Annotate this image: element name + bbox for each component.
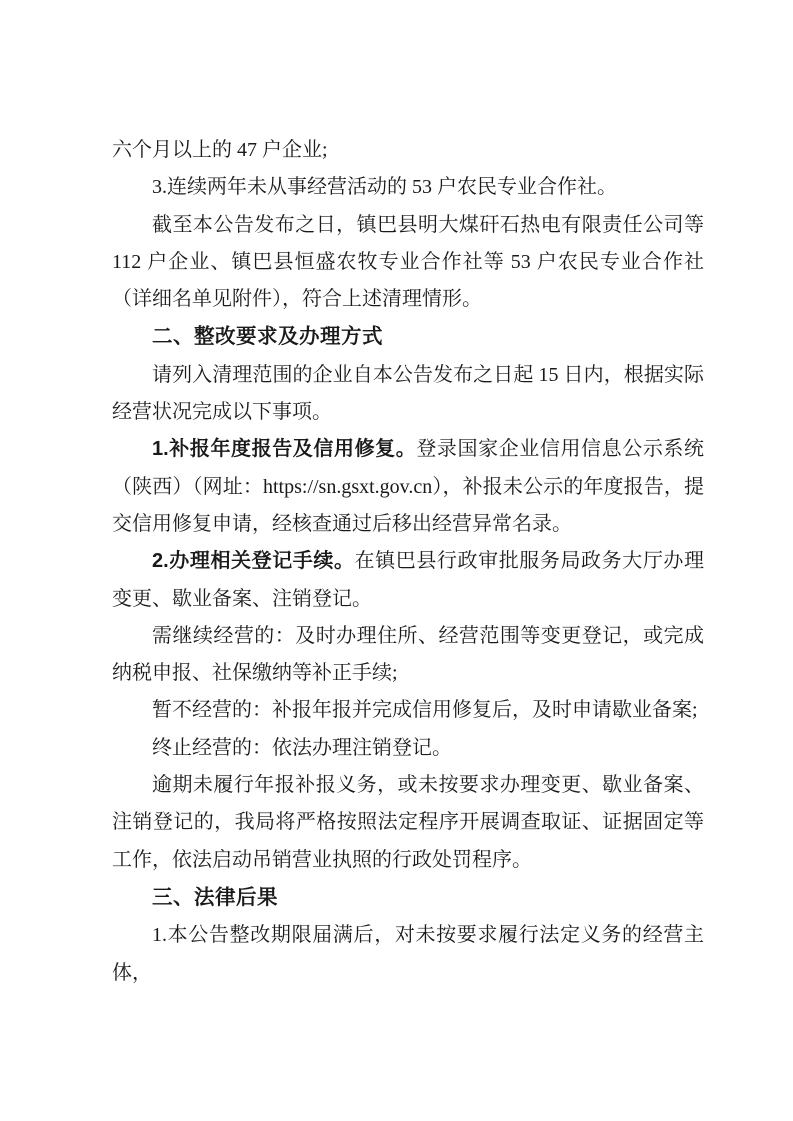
emphasis-text-run: 1.补报年度报告及信用修复。 bbox=[152, 438, 416, 460]
text-run: 1.本公告整改期限届满后，对未按要求履行法定义务的经营主体， bbox=[112, 924, 704, 983]
paragraph: 1.本公告整改期限届满后，对未按要求履行法定义务的经营主体， bbox=[112, 917, 704, 992]
emphasis-text-run: 2.办理相关登记手续。 bbox=[152, 550, 355, 572]
paragraph: 1.补报年度报告及信用修复。登录国家企业信用信息公示系统（陕西）（网址：http… bbox=[112, 431, 704, 543]
text-run: 需继续经营的：及时办理住所、经营范围等变更登记，或完成纳税申报、社保缴纳等补正手… bbox=[112, 625, 704, 684]
text-run: 暂不经营的：补报年报并完成信用修复后，及时申请歇业备案; bbox=[152, 699, 698, 721]
paragraph: 2.办理相关登记手续。在镇巴县行政审批服务局政务大厅办理变更、歇业备案、注销登记… bbox=[112, 543, 704, 618]
paragraph: 需继续经营的：及时办理住所、经营范围等变更登记，或完成纳税申报、社保缴纳等补正手… bbox=[112, 618, 704, 693]
paragraph: 暂不经营的：补报年报并完成信用修复后，及时申请歇业备案; bbox=[112, 692, 704, 729]
paragraph: 请列入清理范围的企业自本公告发布之日起 15 日内，根据实际经营状况完成以下事项… bbox=[112, 357, 704, 432]
document-body: 六个月以上的 47 户企业;3.连续两年未从事经营活动的 53 户农民专业合作社… bbox=[112, 132, 704, 992]
text-run: 请列入清理范围的企业自本公告发布之日起 15 日内，根据实际经营状况完成以下事项… bbox=[112, 364, 704, 423]
section-heading: 二、整改要求及办理方式 bbox=[112, 318, 704, 356]
emphasis-text-run: 二、整改要求及办理方式 bbox=[152, 325, 383, 348]
text-run: 截至本公告发布之日，镇巴县明大煤矸石热电有限责任公司等 112 户企业、镇巴县恒… bbox=[112, 214, 704, 311]
text-run: 终止经营的：依法办理注销登记。 bbox=[152, 737, 452, 759]
document-page: 六个月以上的 47 户企业;3.连续两年未从事经营活动的 53 户农民专业合作社… bbox=[0, 0, 793, 1121]
emphasis-text-run: 三、法律后果 bbox=[152, 886, 278, 909]
text-run: 逾期未履行年报补报义务，或未按要求办理变更、歇业备案、注销登记的，我局将严格按照… bbox=[112, 774, 704, 871]
paragraph: 终止经营的：依法办理注销登记。 bbox=[112, 730, 704, 767]
paragraph: 3.连续两年未从事经营活动的 53 户农民专业合作社。 bbox=[112, 169, 704, 206]
text-run: 3.连续两年未从事经营活动的 53 户农民专业合作社。 bbox=[152, 176, 617, 198]
text-run: 六个月以上的 47 户企业; bbox=[112, 139, 328, 161]
paragraph: 六个月以上的 47 户企业; bbox=[112, 132, 704, 169]
paragraph: 截至本公告发布之日，镇巴县明大煤矸石热电有限责任公司等 112 户企业、镇巴县恒… bbox=[112, 207, 704, 319]
section-heading: 三、法律后果 bbox=[112, 879, 704, 917]
paragraph: 逾期未履行年报补报义务，或未按要求办理变更、歇业备案、注销登记的，我局将严格按照… bbox=[112, 767, 704, 879]
